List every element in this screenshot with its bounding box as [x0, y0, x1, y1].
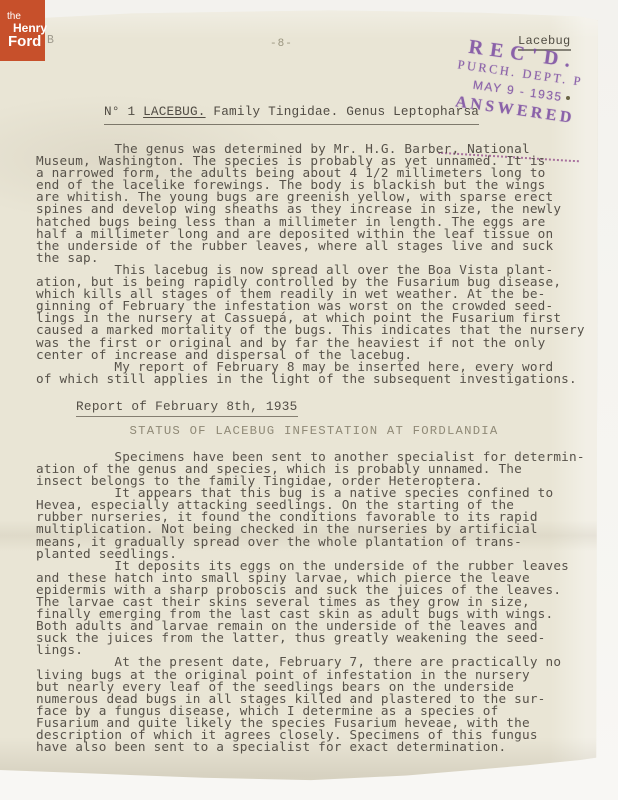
- file-fragment: B: [47, 34, 54, 47]
- report-title: Report of February 8th, 1935: [76, 399, 298, 417]
- intro-paragraph: My report of February 8 may be inserted …: [36, 361, 592, 385]
- title-taxonomy: Family Tingidae. Genus Leptopharsa: [206, 104, 479, 119]
- ink-dot: [566, 96, 570, 100]
- report-paragraph: Specimens have been sent to another spec…: [36, 451, 592, 487]
- report-paragraph: It deposits its eggs on the underside of…: [36, 560, 592, 657]
- report-paragraph: At the present date, February 7, there a…: [36, 656, 592, 753]
- intro-paragraph: This lacebug is now spread all over the …: [36, 264, 592, 361]
- letter-body: The genus was determined by Mr. H.G. Bar…: [36, 143, 592, 753]
- page-number: -8-: [270, 38, 293, 50]
- document-title: N° 1 LACEBUG. Family Tingidae. Genus Lep…: [104, 104, 479, 125]
- report-body: Specimens have been sent to another spec…: [36, 451, 592, 753]
- title-name: LACEBUG.: [143, 104, 206, 119]
- henry-ford-logo: the Henry Ford: [0, 0, 45, 61]
- title-number: N° 1: [104, 104, 143, 119]
- logo-text-ford: Ford: [8, 33, 41, 50]
- report-paragraph: It appears that this bug is a native spe…: [36, 487, 592, 560]
- scanned-letter-paper: B -8- Lacebug REC'D. PURCH. DEPT. P MAY …: [0, 8, 598, 784]
- intro-paragraph: The genus was determined by Mr. H.G. Bar…: [36, 143, 592, 264]
- report-heading: STATUS OF LACEBUG INFESTATION AT FORDLAN…: [36, 424, 592, 438]
